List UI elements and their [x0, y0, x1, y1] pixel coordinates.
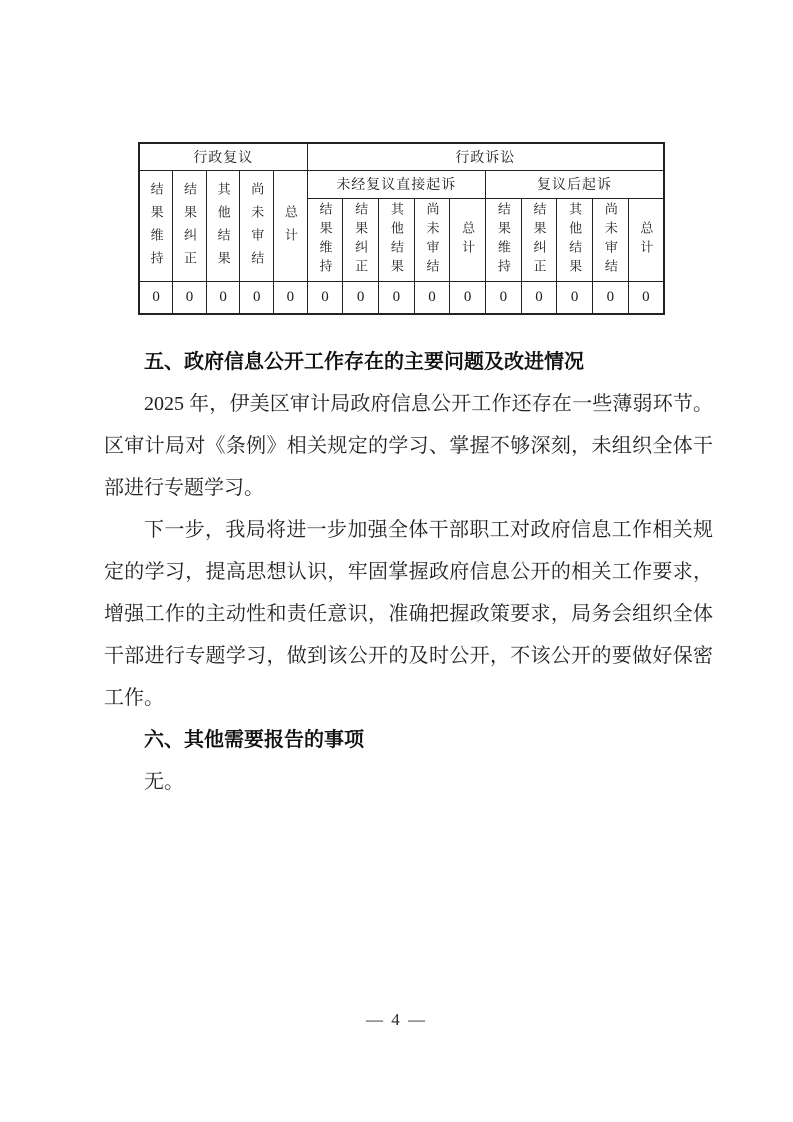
table-value: 0 — [343, 281, 379, 314]
column-header: 结果纠正 — [173, 170, 207, 281]
table-value: 0 — [378, 281, 414, 314]
table-value: 0 — [240, 281, 274, 314]
column-header: 尚未审结 — [414, 198, 450, 281]
column-header: 结果维持 — [486, 198, 522, 281]
section-6-paragraph-1: 无。 — [104, 761, 713, 803]
review-litigation-table: 行政复议 行政诉讼 结果维持 结果纠正 其他结果 尚未审结 总计 未经复议直接起… — [138, 142, 665, 315]
section-5-paragraph-2: 下一步，我局将进一步加强全体干部职工对政府信息工作相关规定的学习，提高思想认识，… — [104, 509, 713, 719]
column-header: 总计 — [450, 198, 486, 281]
page-number: — 4 — — [0, 1010, 793, 1030]
section-5-paragraph-1: 2025 年，伊美区审计局政府信息公开工作还存在一些薄弱环节。区审计局对《条例》… — [104, 383, 713, 509]
table-value: 0 — [450, 281, 486, 314]
column-header-label: 结果纠正 — [354, 202, 367, 278]
document-body: 行政复议 行政诉讼 结果维持 结果纠正 其他结果 尚未审结 总计 未经复议直接起… — [0, 0, 793, 803]
table-row: 行政复议 行政诉讼 — [139, 143, 664, 170]
document-page: 行政复议 行政诉讼 结果维持 结果纠正 其他结果 尚未审结 总计 未经复议直接起… — [0, 0, 793, 1122]
table-value: 0 — [307, 281, 343, 314]
column-header-label: 结果维持 — [150, 182, 163, 274]
table-value: 0 — [274, 281, 308, 314]
column-header: 结果维持 — [307, 198, 343, 281]
table-value: 0 — [139, 281, 173, 314]
column-header-label: 尚未审结 — [250, 182, 263, 274]
table-row: 0 0 0 0 0 0 0 0 0 0 0 0 0 0 0 — [139, 281, 664, 314]
report-text: 五、政府信息公开工作存在的主要问题及改进情况 2025 年，伊美区审计局政府信息… — [104, 341, 713, 803]
sub-header-direct-suit: 未经复议直接起诉 — [307, 170, 485, 198]
column-header-label: 结果维持 — [318, 202, 331, 278]
column-header: 其他结果 — [378, 198, 414, 281]
section-5-heading: 五、政府信息公开工作存在的主要问题及改进情况 — [104, 341, 713, 383]
table-value: 0 — [521, 281, 557, 314]
column-header-label: 总计 — [461, 221, 474, 259]
column-header-label: 结果纠正 — [533, 202, 546, 278]
column-header-label: 尚未审结 — [604, 202, 617, 278]
table-value: 0 — [593, 281, 629, 314]
column-header: 总计 — [274, 170, 308, 281]
column-header: 结果纠正 — [343, 198, 379, 281]
column-header-label: 总计 — [639, 221, 652, 259]
section-6-heading: 六、其他需要报告的事项 — [104, 719, 713, 761]
group-header-reconsideration: 行政复议 — [139, 143, 307, 170]
table-value: 0 — [486, 281, 522, 314]
column-header-label: 总计 — [284, 205, 297, 251]
column-header: 其他结果 — [206, 170, 240, 281]
column-header-label: 其他结果 — [390, 202, 403, 278]
column-header-label: 结果纠正 — [183, 182, 196, 274]
column-header: 总计 — [628, 198, 664, 281]
column-header-label: 其他结果 — [568, 202, 581, 278]
column-header: 尚未审结 — [593, 198, 629, 281]
group-header-litigation: 行政诉讼 — [307, 143, 664, 170]
table-value: 0 — [173, 281, 207, 314]
column-header: 结果纠正 — [521, 198, 557, 281]
column-header: 尚未审结 — [240, 170, 274, 281]
column-header-label: 其他结果 — [217, 182, 230, 274]
table-value: 0 — [628, 281, 664, 314]
table-row: 结果维持 结果纠正 其他结果 尚未审结 总计 未经复议直接起诉 复议后起诉 — [139, 170, 664, 198]
column-header: 结果维持 — [139, 170, 173, 281]
column-header: 其他结果 — [557, 198, 593, 281]
column-header-label: 结果维持 — [497, 202, 510, 278]
column-header-label: 尚未审结 — [425, 202, 438, 278]
table-value: 0 — [206, 281, 240, 314]
table-value: 0 — [557, 281, 593, 314]
table-value: 0 — [414, 281, 450, 314]
sub-header-suit-after-review: 复议后起诉 — [486, 170, 665, 198]
